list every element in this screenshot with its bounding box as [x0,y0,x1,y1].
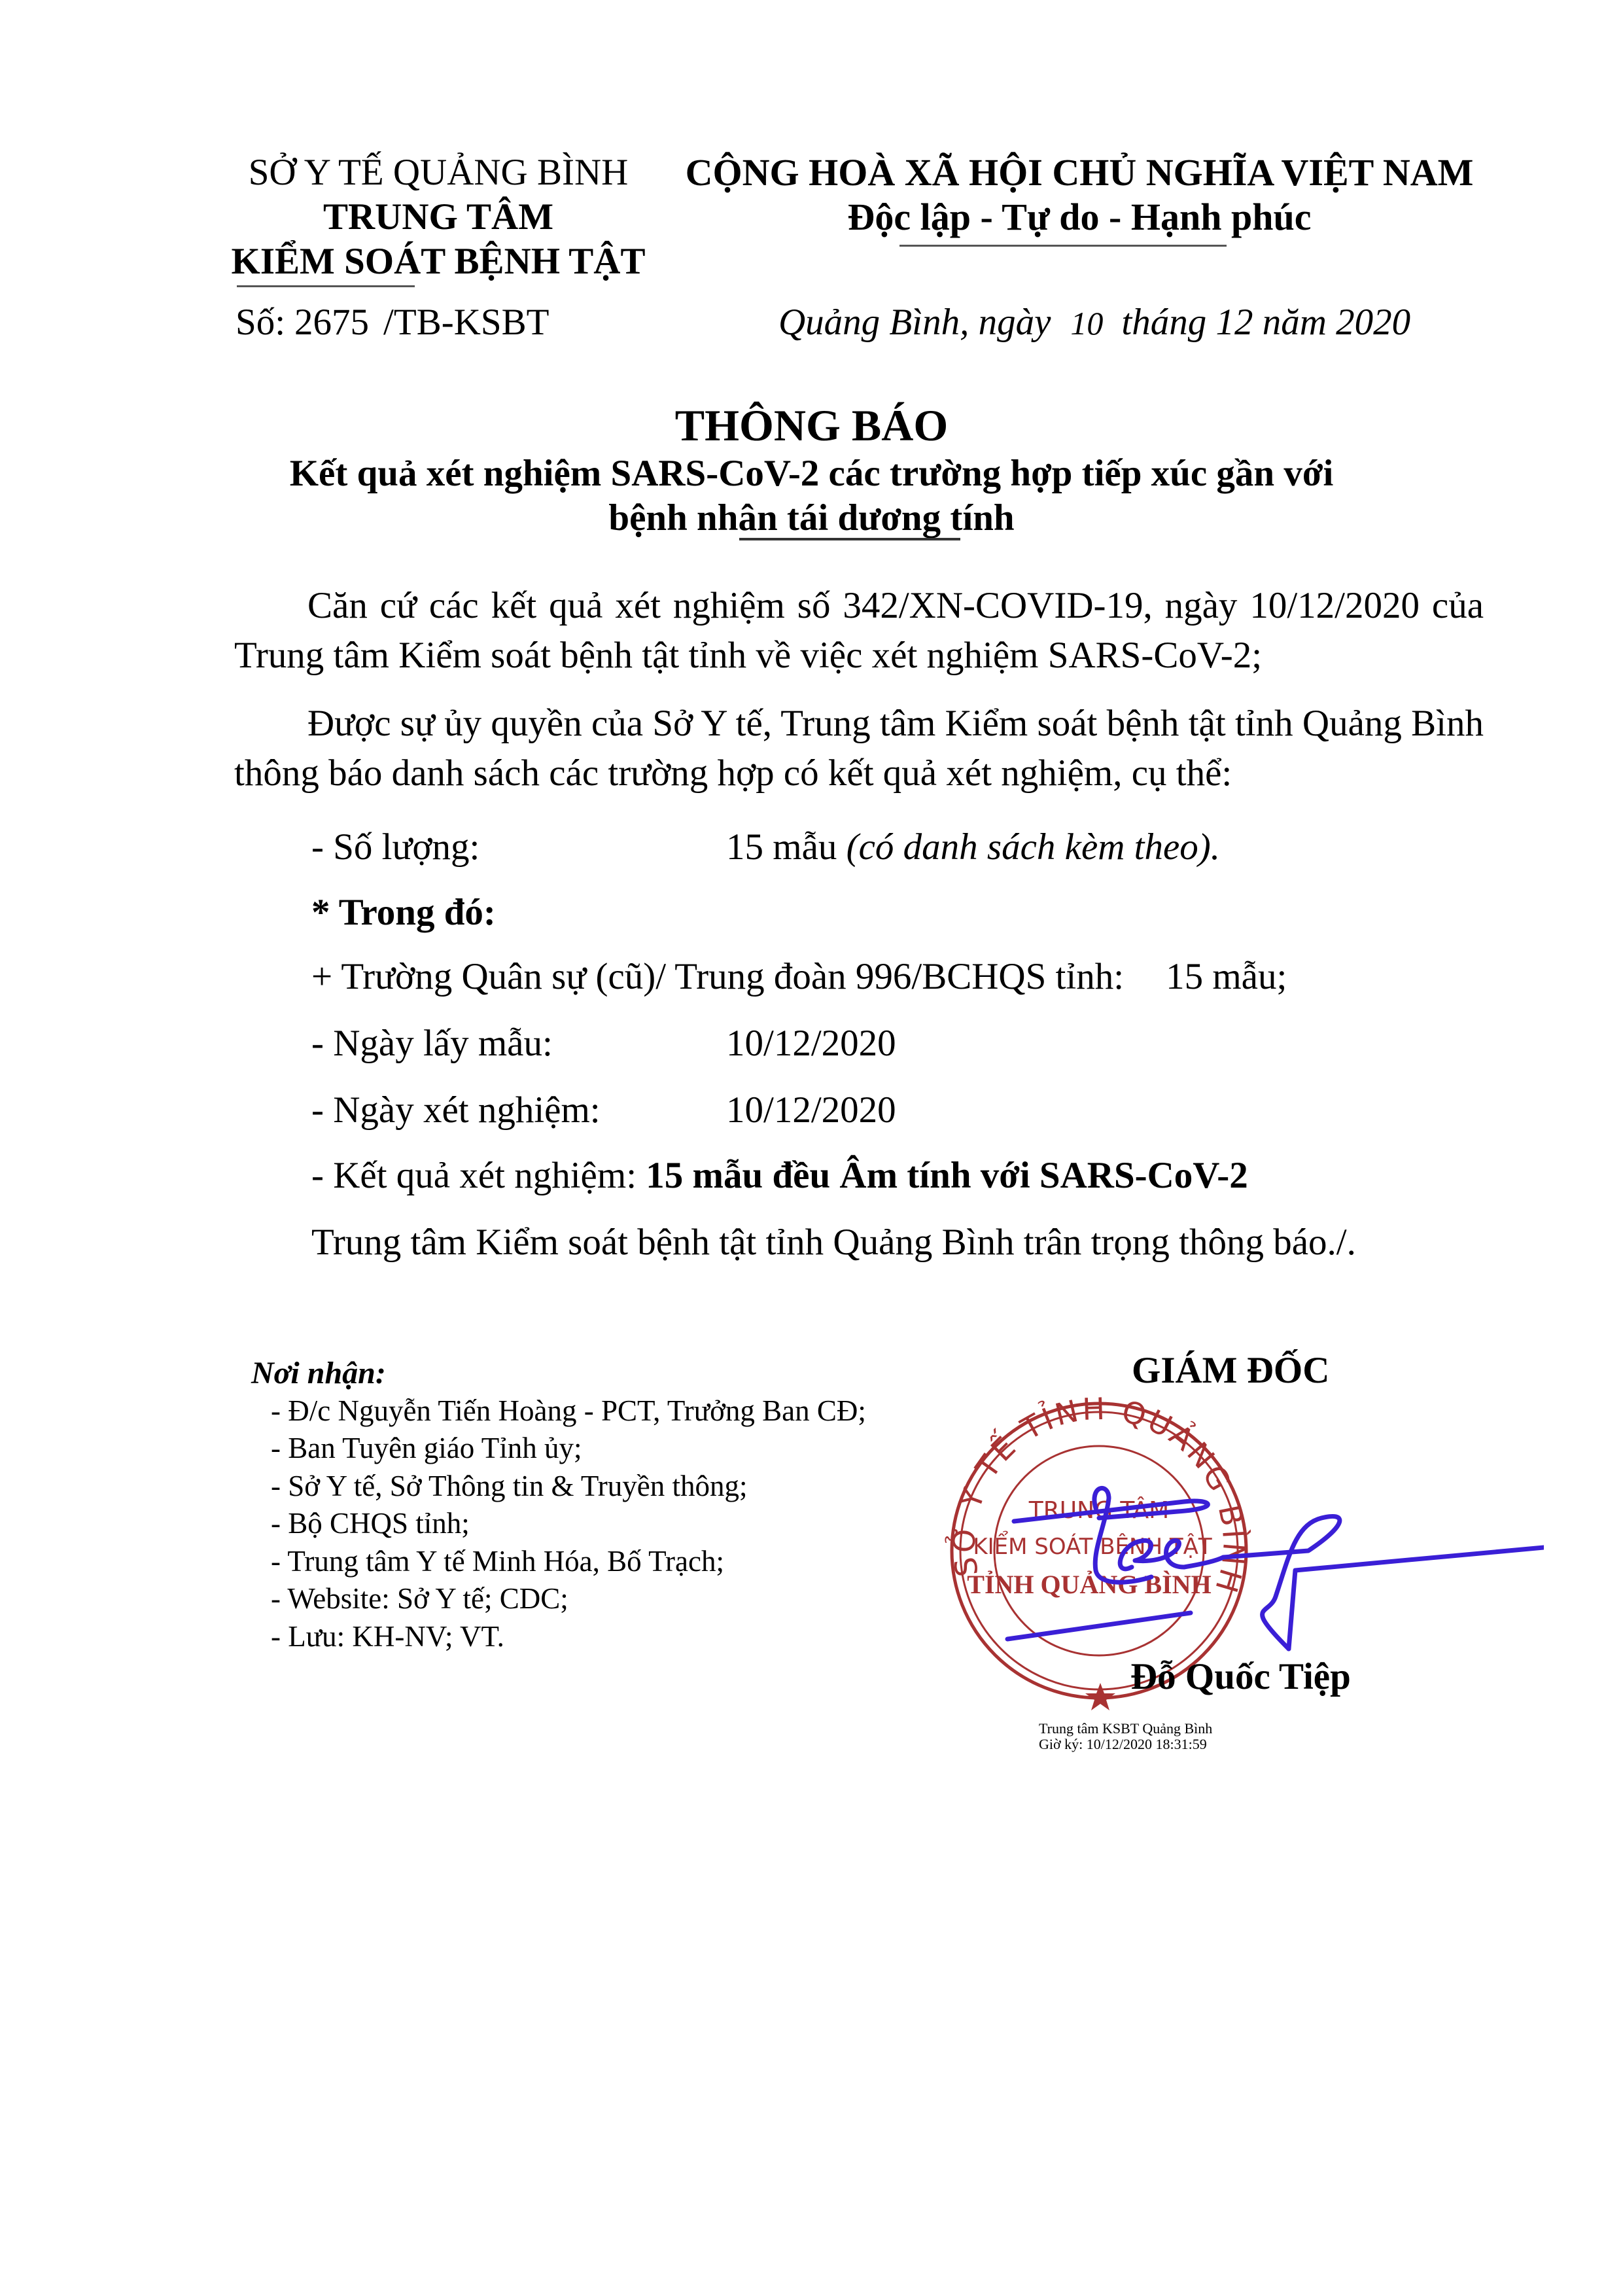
doc-number-value: 2675 [294,302,369,343]
paragraph-basis: Căn cứ các kết quả xét nghiệm số 342/XN-… [234,581,1484,680]
document-title: THÔNG BÁO [0,399,1623,451]
test-date-row: - Ngày xét nghiệm:10/12/2020 [311,1089,896,1131]
recipient-item: - Đ/c Nguyễn Tiến Hoàng - PCT, Trưởng Ba… [251,1392,866,1430]
quantity-note: (có danh sách kèm theo). [846,826,1220,868]
handwritten-signature-icon [981,1426,1544,1675]
recipient-item: - Sở Y tế, Sở Thông tin & Truyền thông; [251,1468,866,1506]
recipients-heading: Nơi nhận: [251,1354,866,1392]
breakdown-item-value: 15 mẫu; [1166,956,1287,997]
signer-name: Đỗ Quốc Tiệp [1130,1655,1351,1698]
result-value: 15 mẫu đều Âm tính với SARS-CoV-2 [646,1155,1248,1196]
subtitle-underline [739,538,960,540]
issuing-agency-block: SỞ Y TẾ QUẢNG BÌNH TRUNG TÂM KIỂM SOÁT B… [196,150,680,284]
center-name-line2: KIỂM SOÁT BỆNH TẬT [196,239,680,284]
document-date: Quảng Bình, ngày10tháng 12 năm 2020 [778,301,1410,344]
quantity-row: - Số lượng:15 mẫu (có danh sách kèm theo… [311,826,1220,868]
paragraph-authorization: Được sự ủy quyền của Sở Y tế, Trung tâm … [234,699,1484,798]
document-subtitle: Kết quả xét nghiệm SARS-CoV-2 các trường… [0,451,1623,540]
quantity-value: 15 mẫu [726,826,837,868]
agency-underline [237,285,415,287]
closing-statement: Trung tâm Kiểm soát bệnh tật tỉnh Quảng … [311,1221,1356,1263]
breakdown-item: + Trường Quân sự (cũ)/ Trung đoàn 996/BC… [311,955,1287,998]
recipient-item: - Bộ CHQS tỉnh; [251,1505,866,1543]
digital-signature-info: Trung tâm KSBT Quảng Bình Giờ ký: 10/12/… [1039,1721,1212,1752]
national-motto-block: CỘNG HOÀ XÃ HỘI CHỦ NGHĨA VIỆT NAM Độc l… [654,150,1505,239]
motto-underline [899,245,1227,247]
breakdown-heading: * Trong đó: [311,891,496,934]
center-name-line1: TRUNG TÂM [196,195,680,239]
result-row: - Kết quả xét nghiệm: 15 mẫu đều Âm tính… [311,1154,1248,1197]
recipient-item: - Website: Sở Y tế; CDC; [251,1580,866,1618]
sample-date-value: 10/12/2020 [726,1022,896,1065]
country-name: CỘNG HOÀ XÃ HỘI CHỦ NGHĨA VIỆT NAM [654,150,1505,195]
document-number: Số:2675/TB-KSBT [236,301,549,344]
recipient-item: - Trung tâm Y tế Minh Hóa, Bố Trạch; [251,1543,866,1581]
recipient-item: - Ban Tuyên giáo Tỉnh ủy; [251,1430,866,1468]
recipient-item: - Lưu: KH-NV; VT. [251,1618,866,1656]
department-name: SỞ Y TẾ QUẢNG BÌNH [196,150,680,195]
recipients-block: Nơi nhận: - Đ/c Nguyễn Tiến Hoàng - PCT,… [251,1354,866,1655]
national-motto: Độc lập - Tự do - Hạnh phúc [654,195,1505,239]
test-date-value: 10/12/2020 [726,1089,896,1131]
signer-role: GIÁM ĐỐC [1132,1349,1329,1392]
sample-date-row: - Ngày lấy mẫu:10/12/2020 [311,1022,896,1065]
date-day: 10 [1070,305,1103,342]
